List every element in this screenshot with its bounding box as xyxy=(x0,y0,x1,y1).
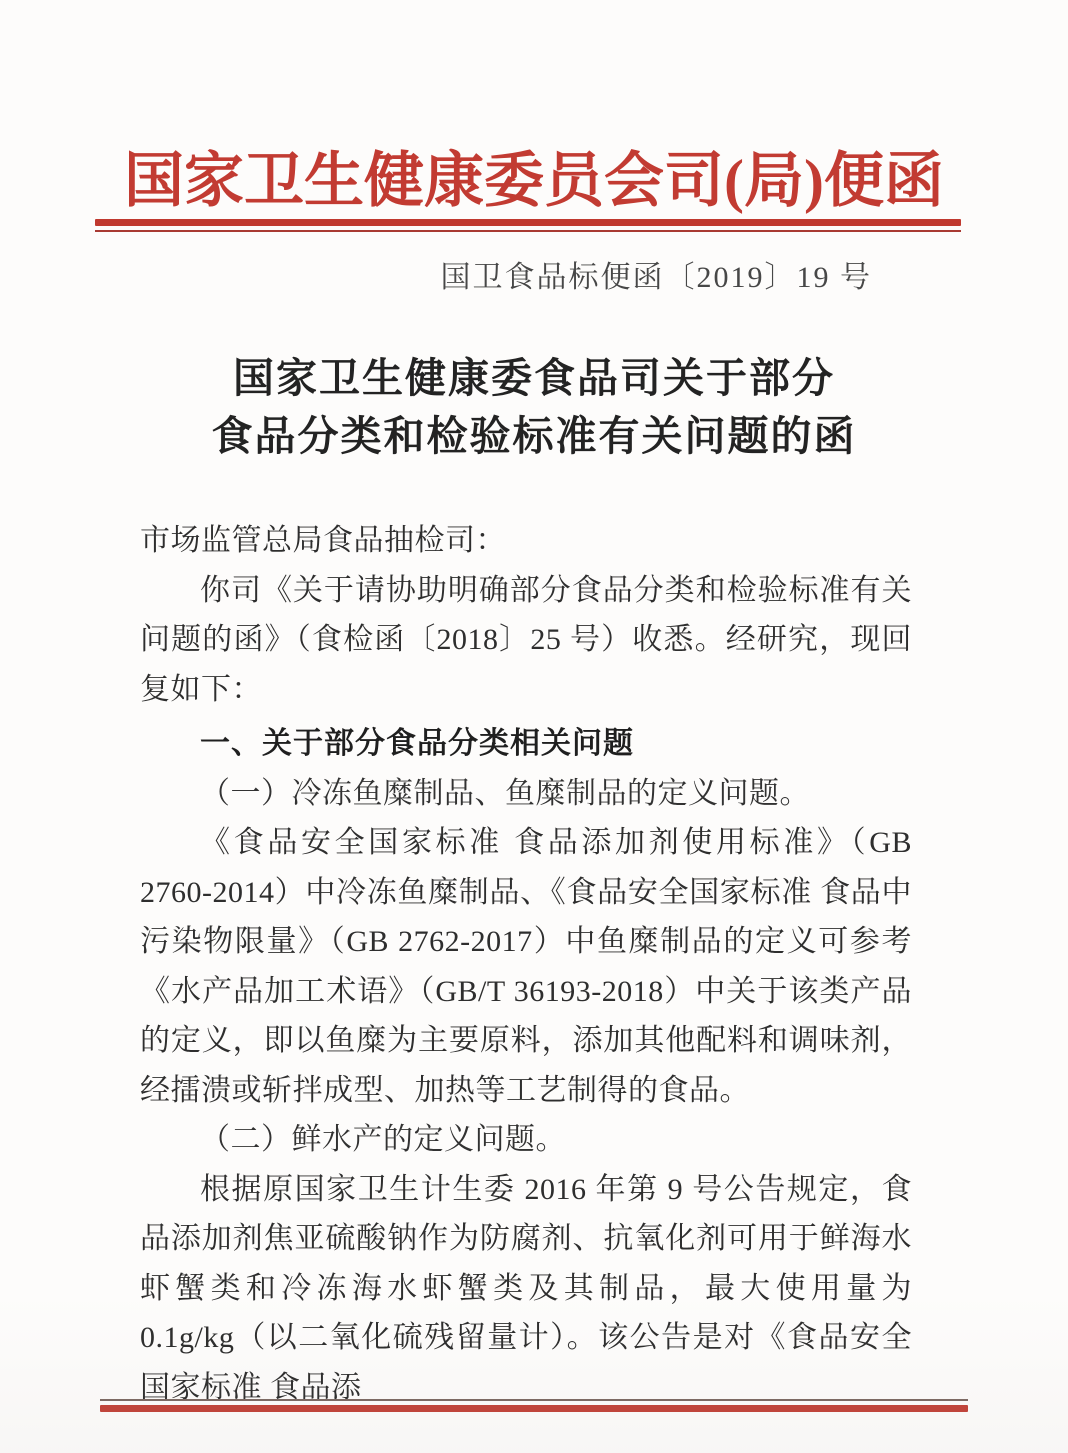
paragraph-surimi-definition: 《食品安全国家标准 食品添加剂使用标准》（GB 2760-2014）中冷冻鱼糜制… xyxy=(140,818,912,1115)
footer-rule-thick xyxy=(100,1405,968,1412)
salutation: 市场监管总局食品抽检司： xyxy=(140,516,912,566)
letter-body: 市场监管总局食品抽检司： 你司《关于请协助明确部分食品分类和检验标准有关问题的函… xyxy=(140,516,912,1412)
masthead-title: 国家卫生健康委员会司(局)便函 xyxy=(0,133,1068,219)
footer-rule-thin xyxy=(100,1399,968,1401)
section-heading-1: 一、关于部分食品分类相关问题 xyxy=(140,719,912,769)
header-rule-thin xyxy=(95,230,961,232)
document-title: 国家卫生健康委食品司关于部分 食品分类和检验标准有关问题的函 xyxy=(0,349,1068,465)
document-page: 国家卫生健康委员会司(局)便函 国卫食品标便函〔2019〕19 号 国家卫生健康… xyxy=(0,0,1068,1453)
header-rule-thick xyxy=(95,219,961,226)
doc-number: 国卫食品标便函〔2019〕19 号 xyxy=(441,252,873,296)
document-title-line1: 国家卫生健康委食品司关于部分 xyxy=(0,349,1068,407)
paragraph-fresh-aquatic-rule: 根据原国家卫生计生委 2016 年第 9 号公告规定，食品添加剂焦亚硫酸钠作为防… xyxy=(140,1165,912,1413)
paragraph-reply-intro: 你司《关于请协助明确部分食品分类和检验标准有关问题的函》（食检函〔2018〕25… xyxy=(140,566,912,715)
subsection-heading-1-2: （二）鲜水产的定义问题。 xyxy=(140,1115,912,1165)
footer-rule xyxy=(100,1399,968,1412)
subsection-heading-1-1: （一）冷冻鱼糜制品、鱼糜制品的定义问题。 xyxy=(140,769,912,819)
header-rule xyxy=(95,219,961,232)
document-title-line2: 食品分类和检验标准有关问题的函 xyxy=(0,407,1068,465)
